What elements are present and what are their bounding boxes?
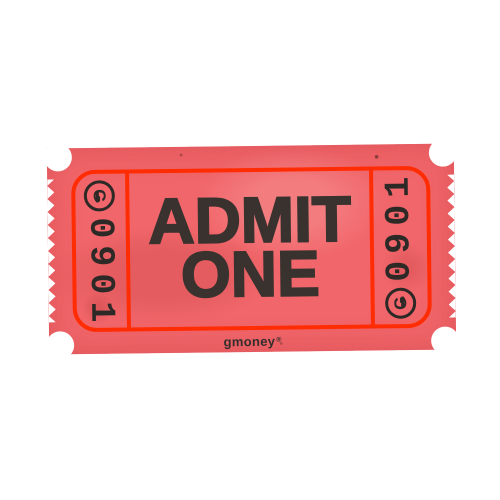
gmoney-logo-icon: G xyxy=(384,287,415,318)
serial-row-left: G 0901 xyxy=(82,180,119,322)
admit-one-ticket: G 0901 G 0901 ADMIT ONE gmoney® xyxy=(47,144,456,355)
corner-notch-top-right xyxy=(429,138,457,166)
gmoney-logo-icon: G xyxy=(84,180,115,211)
registered-trademark-symbol: ® xyxy=(276,337,282,344)
perforation-left-edge xyxy=(47,179,56,322)
page-background: G 0901 G 0901 ADMIT ONE gmoney® xyxy=(0,0,500,500)
ticket-stub-right: G 0901 xyxy=(371,170,428,325)
perforation-right-edge xyxy=(447,175,456,318)
serial-number-left: 0901 xyxy=(82,217,118,329)
brand-text: gmoney xyxy=(223,334,275,350)
serial-row-right: G 0901 xyxy=(381,176,418,318)
corner-notch-top-left xyxy=(44,143,72,171)
ticket-stub-left: G 0901 xyxy=(73,174,127,329)
one-text: ONE xyxy=(181,246,320,302)
ticket-center-panel: ADMIT ONE xyxy=(129,167,371,332)
brand-wordmark: gmoney® xyxy=(49,333,456,351)
serial-number-right: 0901 xyxy=(381,169,417,281)
